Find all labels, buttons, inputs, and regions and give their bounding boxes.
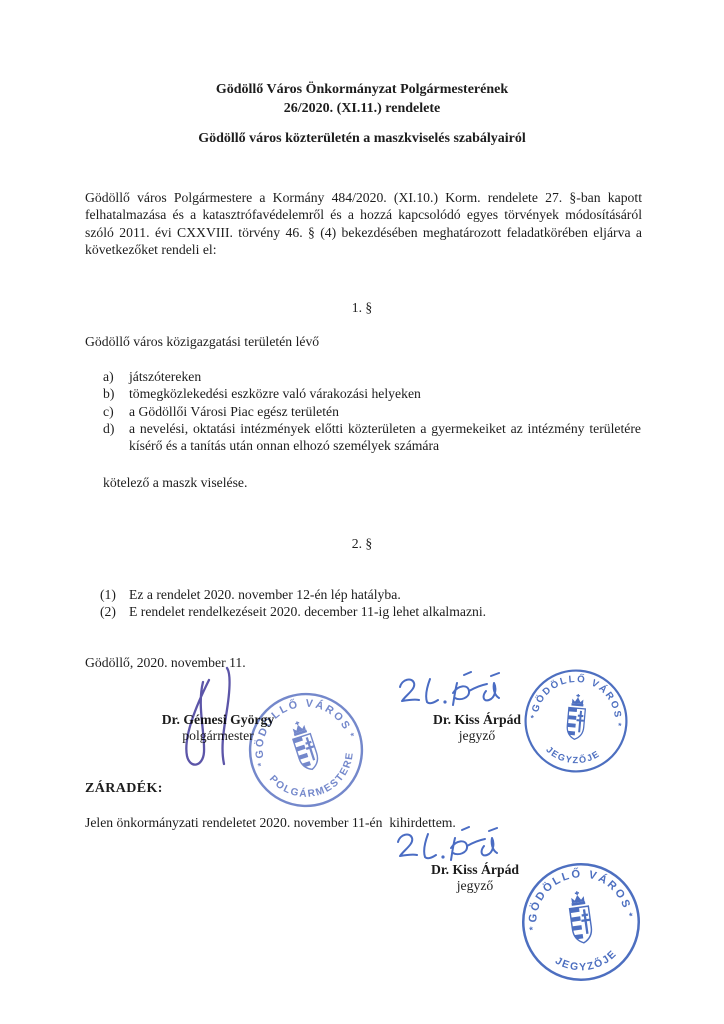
preamble-paragraph: Gödöllő város Polgármestere a Kormány 48… <box>85 189 642 258</box>
decree-subtitle: Gödöllő város közterületén a maszkviselé… <box>0 131 724 147</box>
svg-text:POLGÁRMESTERE: POLGÁRMESTERE <box>265 748 365 812</box>
stamp-star-left: * <box>529 925 534 936</box>
section-1-heading: 1. § <box>0 300 724 316</box>
decree-document-page: Gödöllő Város Önkormányzat Polgármesteré… <box>0 0 724 1024</box>
coat-of-arms-icon <box>566 693 586 740</box>
list-marker-d: d) <box>103 420 114 437</box>
section-1-intro: Gödöllő város közigazgatási területén lé… <box>85 334 319 350</box>
list-text-c: a Gödöllői Városi Piac egész területén <box>129 404 339 419</box>
paragraph-text-1: Ez a rendelet 2020. november 12-én lép h… <box>129 587 401 602</box>
list-item-c: c) a Gödöllői Városi Piac egész területé… <box>103 403 641 420</box>
zaradek-heading: ZÁRADÉK: <box>85 781 163 797</box>
list-marker-c: c) <box>103 403 114 420</box>
list-item-a: a) játszótereken <box>103 368 641 385</box>
stamp-star-left: * <box>257 761 264 772</box>
stamp-star-right: * <box>618 721 623 730</box>
stamp-star-right: * <box>350 730 357 741</box>
list-text-d: a nevelési, oktatási intézmények előtti … <box>129 421 641 453</box>
stamp-bottom-text: JEGYZŐJE <box>552 946 621 977</box>
stamp-star-left: * <box>530 714 535 723</box>
list-item-d: d) a nevelési, oktatási intézmények előt… <box>103 420 641 455</box>
notary-handwritten-signature <box>392 826 512 870</box>
paragraph-item-2: (2) E rendelet rendelkezéseit 2020. dece… <box>100 603 641 620</box>
paragraph-marker-2: (2) <box>100 603 116 620</box>
list-marker-a: a) <box>103 368 114 385</box>
stamp-bottom-text: JEGYZŐJE <box>543 744 602 768</box>
stamp-star-right: * <box>629 911 634 922</box>
section-2-heading: 2. § <box>0 536 724 552</box>
stamp-bottom-text: POLGÁRMESTERE <box>265 748 365 812</box>
svg-text:JEGYZŐJE: JEGYZŐJE <box>543 744 602 768</box>
section-1-closing: kötelező a maszk viselése. <box>103 475 247 491</box>
paragraph-text-2: E rendelet rendelkezéseit 2020. december… <box>129 604 486 619</box>
notary-round-stamp-icon: GÖDÖLLŐ VÁROS JEGYZŐJE * * <box>516 661 635 780</box>
list-text-a: játszótereken <box>129 369 201 384</box>
decree-title: Gödöllő Város Önkormányzat Polgármesteré… <box>0 81 724 118</box>
section-2-list: (1) Ez a rendelet 2020. november 12-én l… <box>100 586 641 621</box>
decree-title-line1: Gödöllő Város Önkormányzat Polgármesteré… <box>0 81 724 100</box>
mayor-round-stamp-icon: GÖDÖLLŐ VÁROS POLGÁRMESTERE * * <box>229 673 383 827</box>
list-item-b: b) tömegközlekedési eszközre való várako… <box>103 385 641 402</box>
decree-title-line2: 26/2020. (XI.11.) rendelete <box>0 100 724 119</box>
notary-handwritten-signature <box>394 671 514 715</box>
paragraph-item-1: (1) Ez a rendelet 2020. november 12-én l… <box>100 586 641 603</box>
svg-text:JEGYZŐJE: JEGYZŐJE <box>552 946 621 977</box>
section-1-list: a) játszótereken b) tömegközlekedési esz… <box>103 368 641 454</box>
coat-of-arms-icon <box>567 890 593 944</box>
list-text-b: tömegközlekedési eszközre való várakozás… <box>129 386 421 401</box>
mayor-handwritten-signature <box>172 666 252 778</box>
notary-round-stamp-icon: GÖDÖLLŐ VÁROS JEGYZŐJE * * <box>510 851 652 993</box>
coat-of-arms-icon <box>288 719 321 773</box>
paragraph-marker-1: (1) <box>100 586 116 603</box>
list-marker-b: b) <box>103 385 114 402</box>
